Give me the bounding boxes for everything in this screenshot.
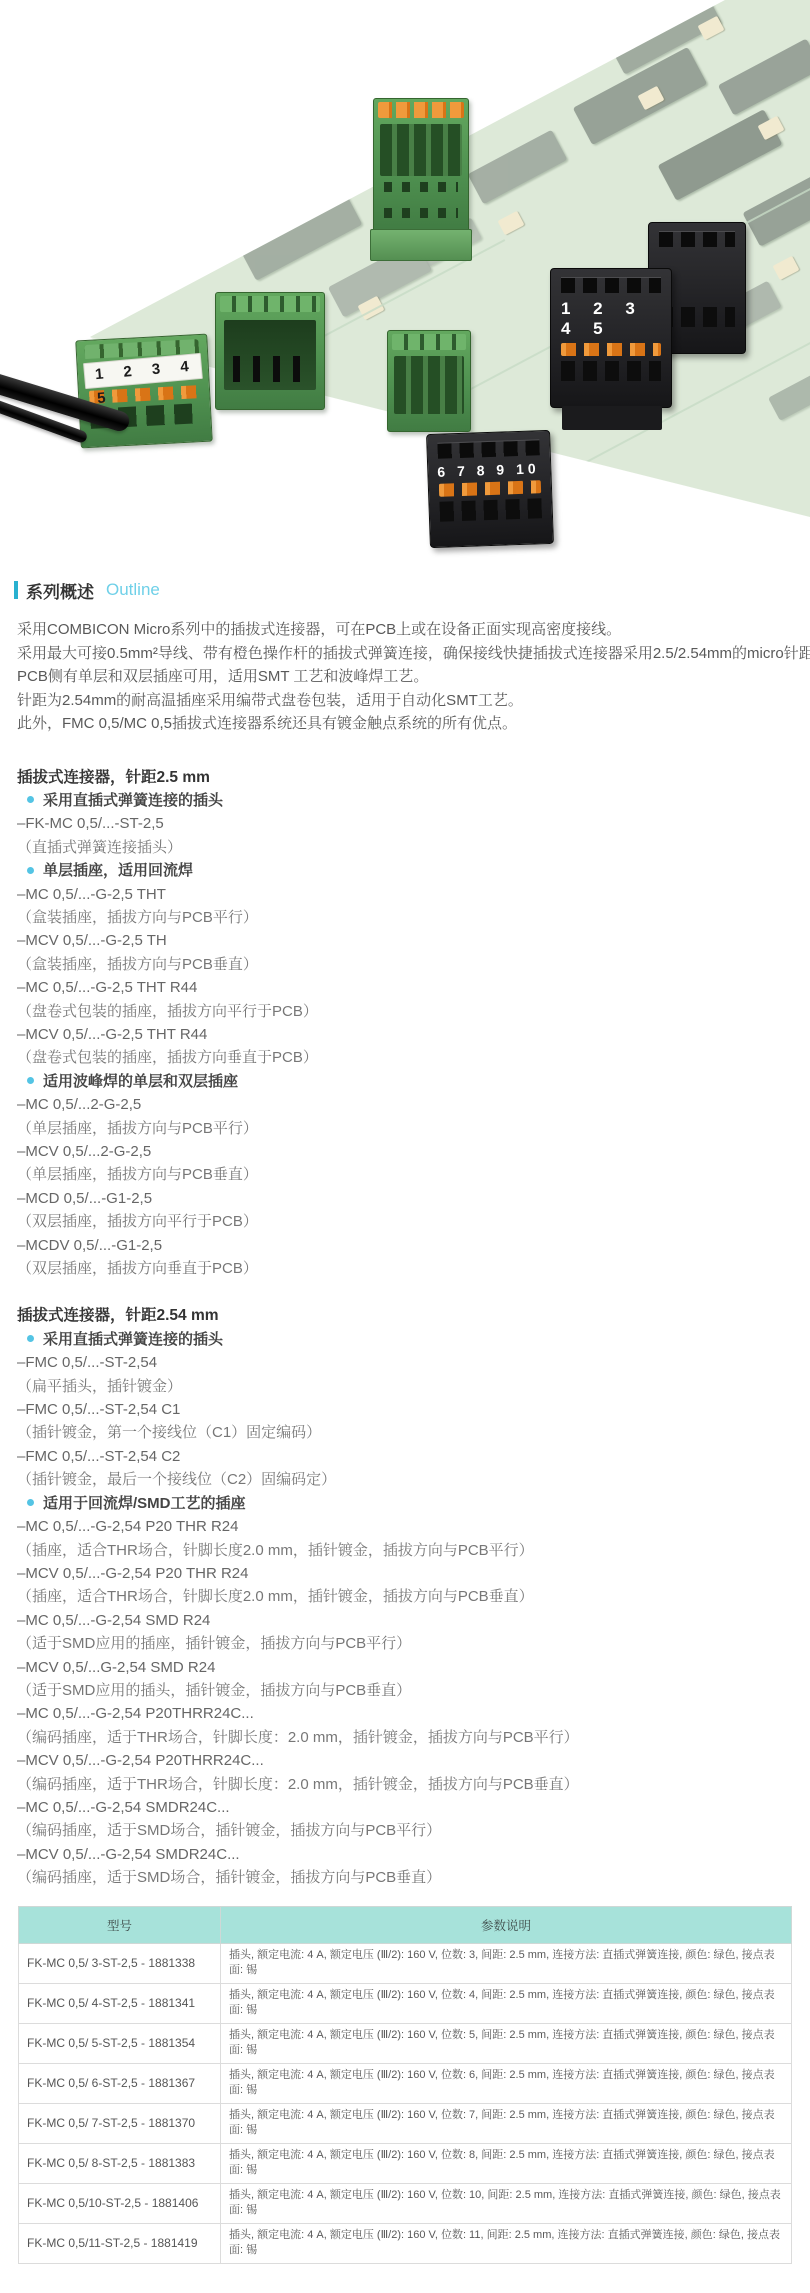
plug-numbers-label: 1 2 3 4 5	[83, 353, 203, 389]
pcb-capacitor	[773, 256, 800, 280]
feature-bullet: 采用直插式弹簧连接的插头	[17, 789, 810, 812]
product-page: 1 2 3 4 5 1 2 3 4 5 6 7 8 9 10 系列概述 Outl…	[0, 0, 810, 2293]
model-description: （双层插座，插拔方向垂直于PCB）	[17, 1257, 810, 1280]
model-description: （盘卷式包装的插座，插拔方向平行于PCB）	[17, 1000, 810, 1023]
rear-contact-row	[659, 231, 735, 247]
connector-numbers-label: 6 7 8 9 10	[437, 460, 550, 480]
model-code: –MC 0,5/...-G-2,5 THT R44	[17, 976, 810, 999]
model-description: （直插式弹簧连接插头）	[17, 836, 810, 859]
feature-bullet-label: 采用直插式弹簧连接的插头	[43, 1331, 223, 1348]
description-cell: 插头, 额定电流: 4 A, 额定电压 (Ⅲ/2): 160 V, 位数: 7,…	[221, 2103, 792, 2143]
model-description: （盒装插座，插拔方向与PCB平行）	[17, 906, 810, 929]
accent-bar	[14, 581, 18, 599]
section-title: 插拔式连接器，针距2.54 mm	[17, 1304, 810, 1327]
table-row: FK-MC 0,5/ 4-ST-2,5 - 1881341插头, 额定电流: 4…	[19, 1983, 792, 2023]
feature-bullet: 适用于回流焊/SMD工艺的插座	[17, 1492, 810, 1515]
bullet-dot-icon	[27, 796, 34, 803]
orange-lever-row	[439, 480, 541, 497]
overview-paragraph: 采用COMBICON Micro系列中的插拔式连接器，可在PCB上或在设备正面实…	[17, 618, 810, 642]
black-connector-pins	[562, 406, 662, 430]
table-row: FK-MC 0,5/10-ST-2,5 - 1881406插头, 额定电流: 4…	[19, 2183, 792, 2223]
bullet-dot-icon	[27, 1077, 34, 1084]
feature-bullet-label: 适用于回流焊/SMD工艺的插座	[43, 1495, 246, 1512]
model-description: （插针镀金，最后一个接线位（C2）固编码定）	[17, 1468, 810, 1491]
model-code: –FMC 0,5/...-ST-2,54	[17, 1351, 810, 1374]
product-section: 插拔式连接器，针距2.5 mm采用直插式弹簧连接的插头–FK-MC 0,5/..…	[17, 766, 810, 1281]
model-code: –MC 0,5/...2-G-2,5	[17, 1093, 810, 1116]
model-cell: FK-MC 0,5/ 8-ST-2,5 - 1881383	[19, 2143, 221, 2183]
model-cell: FK-MC 0,5/11-ST-2,5 - 1881419	[19, 2223, 221, 2263]
model-code: –MCV 0,5/...-G-2,5 THT R44	[17, 1023, 810, 1046]
model-description: （编码插座，适于THR场合，针脚长度：2.0 mm，插针镀金，插拔方向与PCB垂…	[17, 1773, 810, 1796]
table-row: FK-MC 0,5/11-ST-2,5 - 1881419插头, 额定电流: 4…	[19, 2223, 792, 2263]
product-section: 插拔式连接器，针距2.54 mm采用直插式弹簧连接的插头–FMC 0,5/...…	[17, 1304, 810, 1889]
feature-bullet-label: 采用直插式弹簧连接的插头	[43, 792, 223, 809]
model-code: –MC 0,5/...-G-2,54 P20 THR R24	[17, 1515, 810, 1538]
table-row: FK-MC 0,5/ 5-ST-2,5 - 1881354插头, 额定电流: 4…	[19, 2023, 792, 2063]
pcb-chip	[298, 150, 372, 206]
spec-table-header-cell: 型号	[19, 1906, 221, 1943]
socket-top-ribs	[392, 334, 466, 350]
model-code: –MCV 0,5/...G-2,54 SMD R24	[17, 1656, 810, 1679]
orange-lever-row	[561, 343, 661, 356]
green-vertical-connector	[373, 98, 469, 232]
model-code: –MC 0,5/...-G-2,54 P20THRR24C...	[17, 1702, 810, 1725]
description-cell: 插头, 额定电流: 4 A, 额定电压 (Ⅲ/2): 160 V, 位数: 3,…	[221, 1943, 792, 1983]
model-code: –MC 0,5/...-G-2,5 THT	[17, 883, 810, 906]
model-code: –MC 0,5/...-G-2,54 SMDR24C...	[17, 1796, 810, 1819]
model-code: –MCV 0,5/...-G-2,5 TH	[17, 929, 810, 952]
black-connector-front: 1 2 3 4 5	[550, 268, 672, 408]
model-code: –MCDV 0,5/...-G1-2,5	[17, 1234, 810, 1257]
model-description: （插座，适合THR场合，针脚长度2.0 mm，插针镀金，插拔方向与PCB平行）	[17, 1539, 810, 1562]
model-description: （编码插座，适于SMD场合，插针镀金，插拔方向与PCB垂直）	[17, 1866, 810, 1889]
overview-paragraphs: 采用COMBICON Micro系列中的插拔式连接器，可在PCB上或在设备正面实…	[17, 618, 810, 736]
feature-bullet-label: 适用波峰焊的单层和双层插座	[43, 1073, 238, 1090]
model-cell: FK-MC 0,5/ 6-ST-2,5 - 1881367	[19, 2063, 221, 2103]
feature-bullet: 采用直插式弹簧连接的插头	[17, 1328, 810, 1351]
pcb-chip	[238, 189, 363, 281]
feature-bullet-label: 单层插座，适用回流焊	[43, 862, 193, 879]
spec-table: 型号参数说明 FK-MC 0,5/ 3-ST-2,5 - 1881338插头, …	[18, 1906, 792, 2264]
connector-holes	[384, 182, 458, 192]
overview-paragraph: 针距为2.54mm的耐高温插座采用编带式盘卷包装，适用于自动化SMT工艺。	[17, 689, 810, 713]
spec-table-header-row: 型号参数说明	[19, 1906, 792, 1943]
model-code: –MCV 0,5/...-G-2,54 SMDR24C...	[17, 1843, 810, 1866]
model-code: –MC 0,5/...-G-2,54 SMD R24	[17, 1609, 810, 1632]
overview-paragraph: PCB侧有单层和双层插座可用，适用SMT 工艺和波峰焊工艺。	[17, 665, 810, 689]
spec-table-header-cell: 参数说明	[221, 1906, 792, 1943]
model-description: （双层插座，插拔方向平行于PCB）	[17, 1210, 810, 1233]
model-cell: FK-MC 0,5/ 4-ST-2,5 - 1881341	[19, 1983, 221, 2023]
description-cell: 插头, 额定电流: 4 A, 额定电压 (Ⅲ/2): 160 V, 位数: 4,…	[221, 1983, 792, 2023]
bullet-dot-icon	[27, 1335, 34, 1342]
pcb-capacitor	[543, 36, 570, 60]
description-cell: 插头, 额定电流: 4 A, 额定电压 (Ⅲ/2): 160 V, 位数: 10…	[221, 2183, 792, 2223]
description-cell: 插头, 额定电流: 4 A, 额定电压 (Ⅲ/2): 160 V, 位数: 11…	[221, 2223, 792, 2263]
header-recess	[224, 320, 316, 390]
overview-paragraph: 此外，FMC 0,5/MC 0,5插拔式连接器系统还具有镀金触点系统的所有优点。	[17, 712, 810, 736]
model-code: –MCD 0,5/...-G1-2,5	[17, 1187, 810, 1210]
model-cell: FK-MC 0,5/ 5-ST-2,5 - 1881354	[19, 2023, 221, 2063]
wire-slot-row	[439, 498, 542, 522]
description-cell: 插头, 额定电流: 4 A, 额定电压 (Ⅲ/2): 160 V, 位数: 6,…	[221, 2063, 792, 2103]
page-title: 系列概述	[26, 578, 94, 603]
green-socket	[387, 330, 471, 432]
header-top-ribs	[220, 296, 320, 312]
feature-bullet: 单层插座，适用回流焊	[17, 859, 810, 882]
overview-heading: 系列概述 Outline	[14, 578, 810, 602]
overview-paragraph: 采用最大可接0.5mm²导线、带有橙色操作杆的插拔式弹簧连接，确保接线快捷插拔式…	[17, 642, 810, 666]
model-code: –MCV 0,5/...2-G-2,5	[17, 1140, 810, 1163]
section-title: 插拔式连接器，针距2.5 mm	[17, 766, 810, 789]
contact-square-row	[561, 277, 661, 293]
model-code: –FMC 0,5/...-ST-2,54 C1	[17, 1398, 810, 1421]
model-description: （盘卷式包装的插座，插拔方向垂直于PCB）	[17, 1046, 810, 1069]
contact-square-row	[437, 439, 539, 459]
model-description: （插座，适合THR场合，针脚长度2.0 mm，插针镀金，插拔方向与PCB垂直）	[17, 1585, 810, 1608]
green-pin-header	[215, 292, 325, 410]
model-code: –FMC 0,5/...-ST-2,54 C2	[17, 1445, 810, 1468]
model-code: –FK-MC 0,5/...-ST-2,5	[17, 812, 810, 835]
table-row: FK-MC 0,5/ 7-ST-2,5 - 1881370插头, 额定电流: 4…	[19, 2103, 792, 2143]
model-cell: FK-MC 0,5/10-ST-2,5 - 1881406	[19, 2183, 221, 2223]
model-code: –MCV 0,5/...-G-2,54 P20 THR R24	[17, 1562, 810, 1585]
model-description: （适于SMD应用的插座，插针镀金，插拔方向与PCB平行）	[17, 1632, 810, 1655]
spec-table-body: FK-MC 0,5/ 3-ST-2,5 - 1881338插头, 额定电流: 4…	[19, 1943, 792, 2263]
page-title-en: Outline	[106, 580, 160, 600]
model-description: （插针镀金，第一个接线位（C1）固定编码）	[17, 1421, 810, 1444]
bullet-dot-icon	[27, 1499, 34, 1506]
connector-orange-tips	[378, 102, 464, 118]
pcb-chip	[718, 39, 810, 116]
connector-pedestal	[370, 229, 472, 261]
bullet-dot-icon	[27, 867, 34, 874]
table-row: FK-MC 0,5/ 3-ST-2,5 - 1881338插头, 额定电流: 4…	[19, 1943, 792, 1983]
model-description: （单层插座，插拔方向与PCB平行）	[17, 1117, 810, 1140]
connector-ribs	[380, 124, 462, 176]
pcb-chip	[468, 130, 568, 205]
black-connector-6-10: 6 7 8 9 10	[426, 430, 554, 548]
series-sections: 插拔式连接器，针距2.5 mm采用直插式弹簧连接的插头–FK-MC 0,5/..…	[17, 766, 810, 1890]
description-cell: 插头, 额定电流: 4 A, 额定电压 (Ⅲ/2): 160 V, 位数: 8,…	[221, 2143, 792, 2183]
model-description: （盒装插座，插拔方向与PCB垂直）	[17, 953, 810, 976]
table-row: FK-MC 0,5/ 8-ST-2,5 - 1881383插头, 额定电流: 4…	[19, 2143, 792, 2183]
model-description: （编码插座，适于THR场合，针脚长度：2.0 mm，插针镀金，插拔方向与PCB平…	[17, 1726, 810, 1749]
feature-bullet: 适用波峰焊的单层和双层插座	[17, 1070, 810, 1093]
connector-holes	[384, 208, 458, 218]
header-pins	[233, 356, 307, 382]
connector-numbers-label: 1 2 3 4 5	[561, 299, 671, 339]
green-cable-plug: 1 2 3 4 5	[75, 334, 212, 449]
socket-slots	[394, 356, 464, 414]
pcb-capacitor	[498, 211, 525, 235]
description-cell: 插头, 额定电流: 4 A, 额定电压 (Ⅲ/2): 160 V, 位数: 5,…	[221, 2023, 792, 2063]
table-row: FK-MC 0,5/ 6-ST-2,5 - 1881367插头, 额定电流: 4…	[19, 2063, 792, 2103]
model-description: （适于SMD应用的插头，插针镀金，插拔方向与PCB垂直）	[17, 1679, 810, 1702]
hero-image: 1 2 3 4 5 1 2 3 4 5 6 7 8 9 10	[0, 0, 810, 565]
pcb-chip	[743, 161, 810, 246]
model-cell: FK-MC 0,5/ 7-ST-2,5 - 1881370	[19, 2103, 221, 2143]
model-description: （编码插座，适于SMD场合，插针镀金，插拔方向与PCB平行）	[17, 1819, 810, 1842]
model-description: （扁平插头，插针镀金）	[17, 1375, 810, 1398]
wire-slot-row	[561, 361, 661, 381]
model-description: （单层插座，插拔方向与PCB垂直）	[17, 1163, 810, 1186]
model-code: –MCV 0,5/...-G-2,54 P20THRR24C...	[17, 1749, 810, 1772]
pcb-chip	[768, 365, 810, 421]
model-cell: FK-MC 0,5/ 3-ST-2,5 - 1881338	[19, 1943, 221, 1983]
